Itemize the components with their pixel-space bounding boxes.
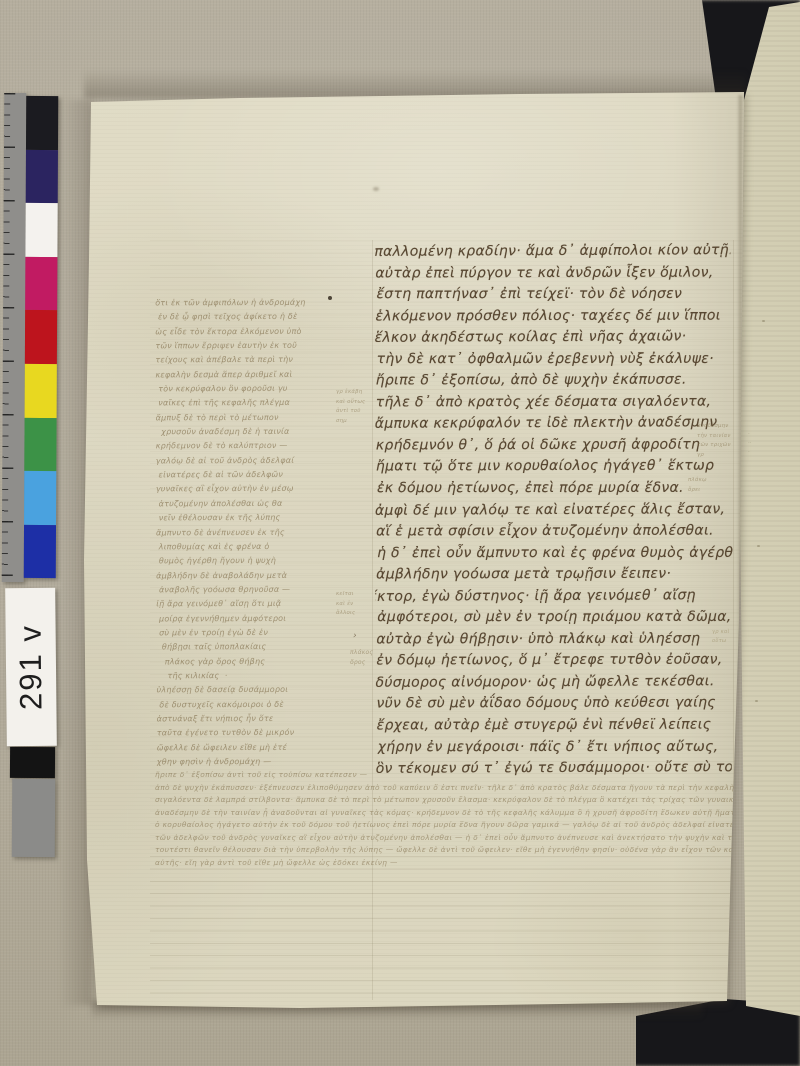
scholia-line: θήβῃσι ταῖς ὑποπλακίαις	[156, 640, 354, 655]
yellow-chip	[25, 364, 57, 418]
main-text-line: αἵ ἑ μετὰ σφίσιν εἶχον ἀτυζομένην ἀπολέσ…	[376, 521, 732, 543]
scholia-line: γαλόῳ δὲ αἱ τοῦ ἀνδρὸς ἀδελφαί	[156, 453, 354, 468]
main-text-line: ἀμφὶ δέ μιν γαλόῳ τε καὶ εἰνατέρες ἅλις …	[375, 499, 731, 522]
marginal-note-line: πλάκῳ	[688, 476, 740, 486]
scholia-line: τὸν κεκρύφαλον ὃν φοροῦσι γυ	[155, 382, 353, 397]
green-chip	[24, 417, 56, 471]
main-text-line: αὐτὰρ ἐγὼ θήβῃσιν· ὑπὸ πλάκῳ καὶ ὑληέσσῃ	[376, 628, 732, 650]
ruling-lines-lower-margin	[150, 856, 746, 1002]
main-text-line: τῆλε δ᾽ ἀπὸ κρατὸς χέε δέσματα σιγαλόεντ…	[376, 391, 732, 413]
main-text-line: ἤματι τῷ ὅτε μιν κορυθαίολος ἠγάγεθ᾽ ἕκτ…	[376, 456, 732, 478]
scholia-line: ὤφελλε δὲ ὤφειλεν εἴθε μὴ ἐτέ	[157, 740, 355, 755]
main-text-column: παλλομένη κραδίην· ἅμα δ᾽ ἀμφίπολοι κίον…	[375, 241, 732, 781]
scholia-line: τῆς κιλικίας ·	[156, 669, 354, 684]
folio-label-text: 291 v	[13, 624, 50, 710]
scholia-line: ἐν δὲ ᾧ φησὶ τεῖχος ἀφίκετο ἡ δὲ	[155, 310, 353, 325]
scholia-line: χρυσοῦν ἀναδέσμη δὲ ἡ ταινία	[156, 425, 354, 440]
marginal-note-intercolumn-upper: γρ ἑκάβηκαὶ οὕτωςἀντὶ τοῦσημ	[336, 388, 384, 426]
red-chip	[25, 310, 57, 364]
marginal-note-line: γρ καὶ	[712, 628, 752, 637]
diple-mark: ›	[353, 631, 357, 641]
lightblue-chip	[24, 471, 56, 525]
marginal-note-line: ·	[748, 430, 788, 439]
ruler-strip	[2, 93, 27, 582]
scholia-line: ἄμπνυτο δὲ ἀνέπνευσεν ἐκ τῆς	[156, 525, 354, 540]
parchment-page-wrap: παλλομένη κραδίην· ἅμα δ᾽ ἀμφίπολοι κίον…	[0, 0, 800, 1066]
main-text-line: δύσμορος αἰνόμορον· ὡς μὴ ὤφελλε τεκέσθα…	[375, 671, 731, 694]
scholia-line: ὅτι ἐκ τῶν ἀμφιπόλων ἡ ἀνδρομάχη	[155, 296, 353, 311]
main-text-line: κρήδεμνόν θ᾽, ὅ ῥά οἱ δῶκε χρυσῆ ἀφροδίτ…	[376, 434, 732, 456]
scholia-line: ἀναδέσμην δὲ τὴν ταινίαν ᾗ ἀναδοῦνται αἱ…	[155, 807, 761, 820]
white-chip	[25, 203, 57, 257]
main-text-line: ἑλκόμενον πρόσθεν πόλιος· ταχέες δέ μιν …	[375, 305, 731, 327]
photo-background: παλλομένη κραδίην· ἅμα δ᾽ ἀμφίπολοι κίον…	[0, 0, 800, 1066]
marginal-note-line: ὄρει	[688, 486, 740, 496]
scholia-line: ἰῇ ἄρα γεινόμεθ᾽ αἴσῃ ὅτι μιᾷ	[156, 597, 354, 612]
scholia-line: χθην φησὶν ἡ ἀνδρομάχη —	[157, 755, 355, 770]
main-text-line: ἔρχεαι, αὐτὰρ ἐμὲ στυγερῷ ἐνὶ πένθεϊ λεί…	[377, 715, 733, 737]
marginal-note-intercolumn-mid: κεῖταικαὶ ἐνἄλλοις	[336, 590, 386, 619]
scholia-line: δὲ δυστυχεῖς κακόμοιροι ὁ δὲ	[157, 697, 355, 712]
magenta-chip	[25, 257, 57, 311]
vertical-ruling-line	[372, 240, 373, 1000]
scholia-line: ἤριπε δ᾽ ἐξοπίσω ἀντὶ τοῦ εἰς τοὐπίσω κα…	[155, 769, 761, 782]
scholia-line: τῶν ἀδελφῶν τοῦ ἀνδρὸς γυναῖκες αἳ εἶχον…	[155, 832, 761, 845]
main-text-line: ἤριπε δ᾽ ἐξοπίσω, ἀπὸ δὲ ψυχὴν ἐκάπυσσε.	[376, 370, 732, 392]
navy-chip	[26, 150, 58, 204]
marginal-note-line: ·	[748, 448, 788, 457]
parchment-page: παλλομένη κραδίην· ἅμα δ᾽ ἀμφίπολοι κίον…	[0, 0, 800, 1066]
black-chip	[26, 96, 58, 150]
scholia-line: εἰνατέρες δὲ αἱ τῶν ἀδελφῶν	[156, 468, 354, 483]
scholia-line: ἀναβολῆς γοόωσα θρηνοῦσα —	[156, 583, 354, 598]
scholia-line: αὐτῆς· εἴη γὰρ ἀντὶ τοῦ εἴθε μὴ ὤφελλε ὡ…	[155, 857, 761, 870]
marginal-note-fore-edge: ····	[748, 430, 788, 457]
marginal-note-line: ἀντὶ τοῦ	[336, 407, 384, 417]
color-chip-column	[24, 96, 59, 579]
marginal-note-line: ὄρος	[350, 658, 400, 668]
main-text-line: ἕκτορ, ἐγὼ δύστηνος· ἰῇ ἄρα γεινόμεθ᾽ αἴ…	[375, 585, 731, 608]
scholia-line: τείχους καὶ ἀπέβαλε τὰ περὶ τὴν	[155, 353, 353, 368]
scholia-line: λιποθυμίας καὶ ἐς φρένα ὁ	[156, 539, 354, 554]
blue-chip	[24, 525, 56, 579]
marginal-note-right-mid: πλάκῳὄρει	[688, 476, 740, 495]
scholia-line: τουτέστι θανεῖν θέλουσαν διὰ τὴν ὑπερβολ…	[155, 844, 761, 857]
ink-smudge	[373, 187, 379, 191]
scholia-line: κρήδεμνον δὲ τὸ καλύπτριον —	[156, 439, 354, 454]
scholia-line: ἀτυζομένην ἀπολέσθαι ὡς θα	[156, 496, 354, 511]
scholia-line: ναῖκες ἐπὶ τῆς κεφαλῆς πλέγμα	[156, 396, 354, 411]
scholia-line: ὁ κορυθαίολος ἠγάγετο αὐτὴν ἐκ τοῦ δόμου…	[155, 819, 761, 832]
black-calibration-patch	[10, 747, 55, 778]
marginal-note-line: οὕτω	[712, 637, 752, 646]
ink-dot	[328, 296, 332, 300]
scholia-line: νεῖν ἐθέλουσαν ἐκ τῆς λύπης	[156, 511, 354, 526]
marginal-note-line: ἄλλοις	[336, 609, 386, 619]
scholia-line: τῶν ἵππων ἔρριψεν ἑαυτὴν ἐκ τοῦ	[155, 339, 353, 354]
scholia-line: γυναῖκες αἳ εἶχον αὐτὴν ἐν μέσῳ	[156, 482, 354, 497]
scholia-line: ἀμβλήδην δὲ ἀναβολάδην μετὰ	[156, 568, 354, 583]
scholia-line: θυμὸς ἠγέρθη ἤγουν ἡ ψυχὴ	[156, 554, 354, 569]
scholia-line: μοίρᾳ ἐγεννήθημεν ἀμφότεροι	[156, 611, 354, 626]
main-text-line: νῦν δὲ σὺ μὲν ἀΐδαο δόμους ὑπὸ κεύθεσι γ…	[376, 693, 732, 715]
marginal-note-line: κεῖται	[336, 590, 386, 600]
main-text-line: ἄμπυκα κεκρύφαλόν τε ἰδὲ πλεκτὴν ἀναδέσμ…	[375, 413, 731, 436]
marginal-note-line: καὶ ἐν	[336, 600, 386, 610]
scholia-line: ὑληέσσῃ δὲ δασείᾳ δυσάμμοροι	[157, 683, 355, 698]
main-text-line: ἐν δόμῳ ἠετίωνος, ὅ μ᾽ ἔτρεφε τυτθὸν ἐοῦ…	[376, 650, 732, 672]
scholia-line: σιγαλόεντα δὲ λαμπρά στίλβοντα· ἄμπυκα δ…	[155, 794, 761, 807]
main-text-line: ἀμβλήδην γοόωσα μετὰ τρῳῇσιν ἔειπεν·	[376, 564, 732, 586]
main-text-line: ἀμφότεροι, σὺ μὲν ἐν τροίῃ πριάμου κατὰ …	[377, 607, 733, 629]
scholia-line: ἄμπυξ δὲ τὸ περὶ τὸ μέτωπον	[156, 410, 354, 425]
scholia-line: ὡς εἶδε τὸν ἕκτορα ἑλκόμενον ὑπὸ	[155, 324, 353, 339]
marginal-note-line: ··	[748, 439, 788, 448]
bottom-scholia-block: ἤριπε δ᾽ ἐξοπίσω ἀντὶ τοῦ εἰς τοὐπίσω κα…	[155, 769, 761, 869]
marginal-note-line: σημ	[336, 417, 384, 427]
scholia-line: κεφαλὴν δεσμὰ ἅπερ ἀριθμεῖ καὶ	[155, 367, 353, 382]
marginal-note-right-lower: γρ καὶοὕτω	[712, 628, 752, 646]
scholia-line: ἀπὸ δὲ ψυχὴν ἐκάπυσσεν· ἐξέπνευσεν ἐλιπο…	[155, 782, 761, 795]
main-text-line: ἔστη παπτήνασ᾽ ἐπὶ τείχεϊ· τὸν δὲ νόησεν	[376, 284, 732, 306]
marginal-note-intercolumn-lower: πλάκοςὄρος	[350, 648, 400, 668]
scholia-line: πλάκος γὰρ ὄρος θήβης	[156, 654, 354, 669]
scholia-line: ἀστυάναξ ἔτι νήπιος ἦν ὅτε	[157, 712, 355, 727]
left-scholia-column: ὅτι ἐκ τῶν ἀμφιπόλων ἡ ἀνδρομάχη ἐν δὲ ᾧ…	[155, 296, 355, 770]
main-text-line: χήρην ἐν μεγάροισι· πάϊς δ᾽ ἔτι νήπιος α…	[378, 736, 734, 758]
folio-label: 291 v	[5, 588, 57, 747]
scholia-line: σὺ μὲν ἐν τροίῃ ἐγὼ δὲ ἐν	[156, 626, 354, 641]
color-calibration-bar: 291 v	[0, 0, 70, 880]
main-text-line: ἐκ δόμου ἠετίωνος, ἐπεὶ πόρε μυρία ἕδνα.	[377, 478, 733, 500]
gray-calibration-patch	[12, 779, 56, 857]
marginal-note-line: πλάκος	[350, 648, 400, 658]
main-text-line: παλλομένη κραδίην· ἅμα δ᾽ ἀμφίπολοι κίον…	[374, 240, 730, 263]
vertical-ruling-line	[733, 240, 734, 860]
main-text-line: ἡ δ᾽ ἐπεὶ οὖν ἄμπνυτο καὶ ἐς φρένα θυμὸς…	[377, 542, 733, 564]
marginal-note-line: καὶ οὕτως	[336, 398, 384, 408]
marginal-note-line: γρ ἑκάβη	[336, 388, 384, 398]
main-text-line: ἕλκον ἀκηδέστως κοίλας ἐπὶ νῆας ἀχαιῶν·	[374, 326, 730, 349]
main-text-line: αὐτὰρ ἐπεὶ πύργον τε καὶ ἀνδρῶν ἷξεν ὅμι…	[375, 262, 731, 284]
scholia-line: ταῦτα ἐγένετο τυτθὸν δὲ μικρόν	[157, 726, 355, 741]
main-text-line: τὴν δὲ κατ᾽ ὀφθαλμῶν ἐρεβεννὴ νὺξ ἐκάλυψ…	[377, 349, 733, 371]
